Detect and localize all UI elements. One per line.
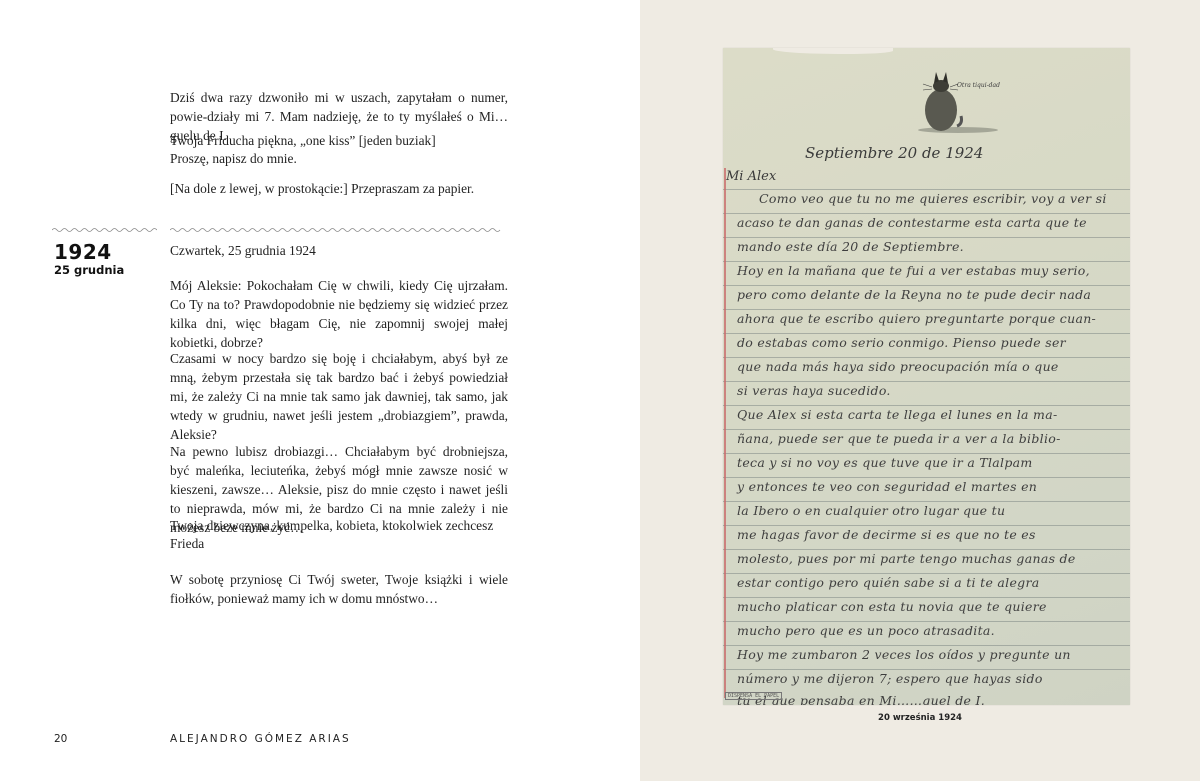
paragraph: [Na dole z lewej, w prostokącie:] Przepr… <box>170 179 508 198</box>
letter-salutation: Mi Alex <box>726 169 776 184</box>
letter-line: Que Alex si esta carta te llega el lunes… <box>737 407 1057 422</box>
letter-line: acaso te dan ganas de contestarme esta c… <box>737 215 1087 230</box>
wavy-divider-right <box>170 227 508 233</box>
letter-line: y entonces te veo con seguridad el marte… <box>737 479 1037 494</box>
cat-note: Otra tiqui-dad <box>957 82 1000 89</box>
letter-line: do estabas como serio conmigo. Pienso pu… <box>737 335 1066 350</box>
entry-year: 1924 <box>54 240 112 264</box>
paragraph: Czasami w nocy bardzo się boję i chciała… <box>170 349 508 444</box>
torn-edge <box>773 48 893 54</box>
paragraph: Twoja Friducha piękna, „one kiss” [jeden… <box>170 131 508 150</box>
letter-line: si veras haya sucedido. <box>737 383 891 398</box>
handwritten-letter-image: Otra tiqui-dad Septiembre 20 de 1924 Mi … <box>723 48 1130 705</box>
letter-line: mucho platicar con esta tu novia que te … <box>737 599 1047 614</box>
paragraph: W sobotę przyniosę Ci Twój sweter, Twoje… <box>170 570 508 608</box>
letter-line: Hoy me zumbaron 2 veces los oídos y preg… <box>737 647 1071 662</box>
wavy-divider-left <box>52 227 157 233</box>
cat-drawing-icon <box>913 66 1003 141</box>
letter-line: Hoy en la mañana que te fui a ver estaba… <box>737 263 1090 278</box>
paragraph: Proszę, napisz do mnie. <box>170 149 508 168</box>
red-margin-line <box>724 168 726 698</box>
letter-line: teca y si no voy es que tuve que ir a Tl… <box>737 455 1033 470</box>
letter-line: la Ibero o en cualquier otro lugar que t… <box>737 503 1005 518</box>
entry-day: 25 grudnia <box>54 263 124 277</box>
letter-line: ahora que te escribo quiero preguntarte … <box>737 311 1096 326</box>
stamp-box: DISPENSA EL PAPEL <box>725 692 782 700</box>
letter-line: me hagas favor de decirme si es que no t… <box>737 527 1036 542</box>
running-header-author: ALEJANDRO GÓMEZ ARIAS <box>170 733 351 745</box>
letter-line: que nada más haya sido preocupación mía … <box>737 359 1059 374</box>
figure-caption: 20 września 1924 <box>640 713 1200 723</box>
page-number: 20 <box>54 733 67 745</box>
letter-date: Septiembre 20 de 1924 <box>805 144 983 162</box>
letter-line: número y me dijeron 7; espero que hayas … <box>737 671 1043 686</box>
paragraph: Mój Aleksie: Pokochałam Cię w chwili, ki… <box>170 276 508 352</box>
entry-heading: Czwartek, 25 grudnia 1924 <box>170 241 508 260</box>
letter-line: ñana, puede ser que te pueda ir a ver a … <box>737 431 1061 446</box>
paragraph: Twoja dziewczyna, kumpelka, kobieta, kto… <box>170 516 508 535</box>
letter-line: mucho pero que es un poco atrasadita. <box>737 623 995 638</box>
letter-line: estar contigo pero quién sabe si a ti te… <box>737 575 1040 590</box>
left-page: Dziś dwa razy dzwoniło mi w uszach, zapy… <box>0 0 640 781</box>
letter-line: Como veo que tu no me quieres escribir, … <box>759 191 1107 206</box>
letter-line: pero como delante de la Reyna no te pude… <box>737 287 1091 302</box>
signature: Frieda <box>170 534 508 553</box>
letter-line: mando este día 20 de Septiembre. <box>737 239 964 254</box>
letter-line: molesto, pues por mi parte tengo muchas … <box>737 551 1076 566</box>
